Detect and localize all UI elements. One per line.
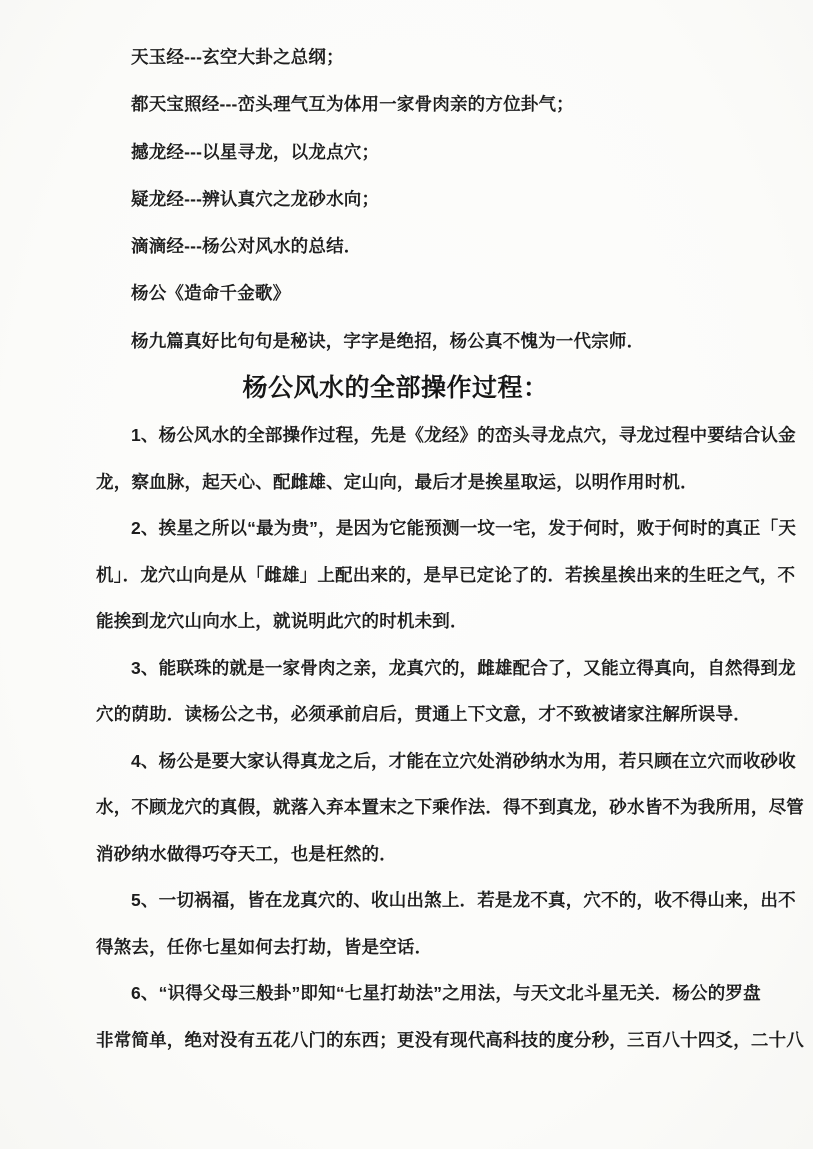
- paragraph-line: 6、“识得父母三般卦”即知“七星打劫法”之用法，与天文北斗星无关．杨公的罗盘: [0, 970, 813, 1017]
- paragraph-line: 消砂纳水做得巧夺天工，也是枉然的．: [0, 831, 813, 878]
- intro-line: 杨公《造命千金歌》: [0, 270, 813, 317]
- intro-line: 撼龙经---以星寻龙，以龙点穴；: [0, 129, 813, 176]
- paragraph-line: 2、挨星之所以“最为贵”，是因为它能预测一坟一宅，发于何时，败于何时的真正「天: [0, 505, 813, 552]
- paragraph-line: 非常简单，绝对没有五花八门的东西；更没有现代高科技的度分秒，三百八十四爻，二十八: [0, 1017, 813, 1064]
- intro-section: 天玉经---玄空大卦之总纲； 都天宝照经---峦头理气互为体用一家骨肉亲的方位卦…: [0, 0, 813, 365]
- paragraph-line: 得煞去，任你七星如何去打劫，皆是空话．: [0, 924, 813, 971]
- paragraph-line: 1、杨公风水的全部操作过程，先是《龙经》的峦头寻龙点穴，寻龙过程中要结合认金: [0, 412, 813, 459]
- scanned-page: 天玉经---玄空大卦之总纲； 都天宝照经---峦头理气互为体用一家骨肉亲的方位卦…: [0, 0, 813, 1149]
- body-section: 1、杨公风水的全部操作过程，先是《龙经》的峦头寻龙点穴，寻龙过程中要结合认金 龙…: [0, 412, 813, 1063]
- paragraph-line: 5、一切祸福，皆在龙真穴的、收山出煞上．若是龙不真，穴不的，收不得山来，出不: [0, 877, 813, 924]
- paragraph-line: 4、杨公是要大家认得真龙之后，才能在立穴处消砂纳水为用，若只顾在立穴而收砂收: [0, 738, 813, 785]
- paragraph-line: 能挨到龙穴山向水上，就说明此穴的时机未到．: [0, 598, 813, 645]
- intro-line: 杨九篇真好比句句是秘诀，字字是绝招，杨公真不愧为一代宗师．: [0, 318, 813, 365]
- intro-line: 滴滴经---杨公对风水的总结．: [0, 223, 813, 270]
- section-heading: 杨公风水的全部操作过程：: [0, 375, 802, 401]
- intro-line: 天玉经---玄空大卦之总纲；: [0, 34, 813, 81]
- paragraph-line: 机」．龙穴山向是从「雌雄」上配出来的，是早已定论了的．若挨星挨出来的生旺之气，不: [0, 552, 813, 599]
- paragraph-line: 3、能联珠的就是一家骨肉之亲，龙真穴的，雌雄配合了，又能立得真向，自然得到龙: [0, 645, 813, 692]
- paragraph-line: 穴的荫助．读杨公之书，必须承前启后，贯通上下文意，才不致被诸家注解所误导．: [0, 691, 813, 738]
- paragraph-line: 龙，察血脉，起天心、配雌雄、定山向，最后才是挨星取运，以明作用时机．: [0, 459, 813, 506]
- intro-line: 都天宝照经---峦头理气互为体用一家骨肉亲的方位卦气；: [0, 81, 813, 128]
- intro-line: 疑龙经---辨认真穴之龙砂水向；: [0, 176, 813, 223]
- paragraph-line: 水，不顾龙穴的真假，就落入弃本置末之下乘作法．得不到真龙，砂水皆不为我所用，尽管: [0, 784, 813, 831]
